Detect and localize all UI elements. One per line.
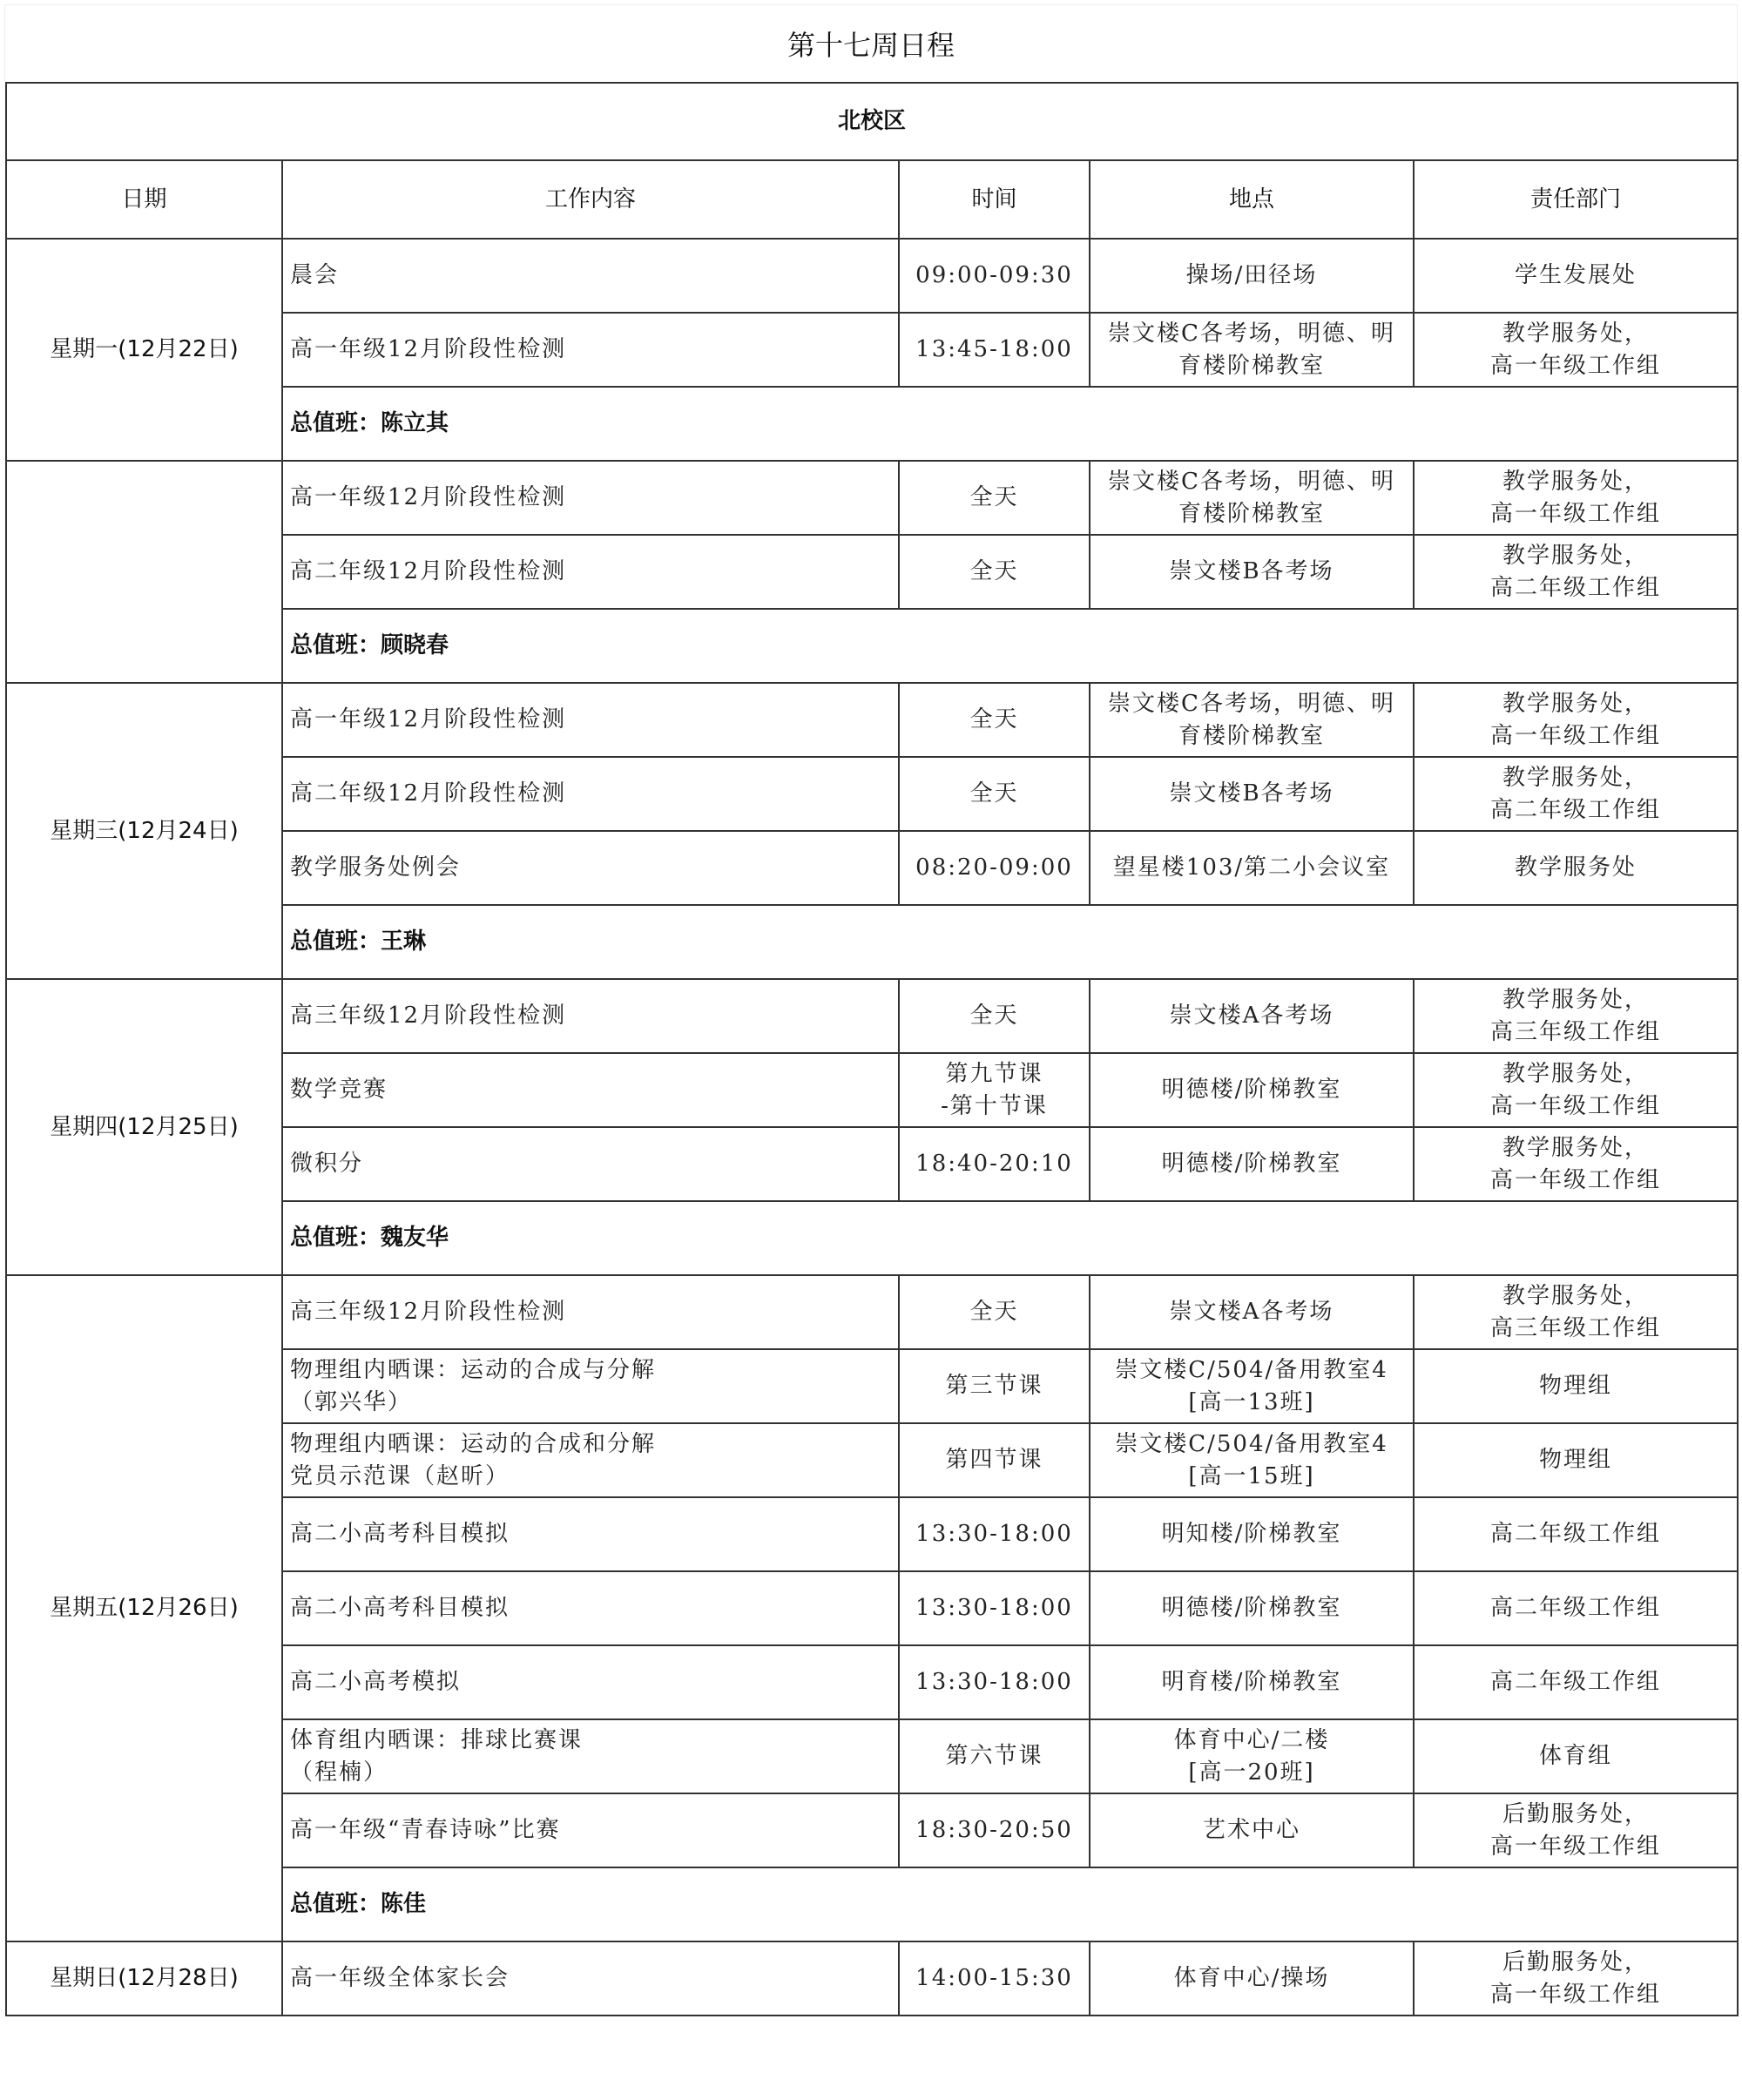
duty-officer: 总值班：王琳 xyxy=(282,905,1738,979)
event-department: 高二年级工作组 xyxy=(1414,1497,1738,1571)
event-content: 体育组内晒课：排球比赛课 （程楠） xyxy=(282,1719,899,1793)
event-time: 全天 xyxy=(899,757,1090,831)
duty-officer: 总值班：陈佳 xyxy=(282,1867,1738,1941)
event-content: 数学竞赛 xyxy=(282,1053,899,1127)
duty-officer: 总值班：魏友华 xyxy=(282,1201,1738,1275)
event-location: 明知楼/阶梯教室 xyxy=(1090,1497,1414,1571)
event-content: 物理组内晒课：运动的合成与分解 （郭兴华） xyxy=(282,1349,899,1423)
event-content: 高一年级12月阶段性检测 xyxy=(282,313,899,387)
event-time: 全天 xyxy=(899,979,1090,1053)
day-date-cell: 星期一(12月22日) xyxy=(6,239,282,461)
event-location: 崇文楼C/504/备用教室4 [高一15班] xyxy=(1090,1423,1414,1497)
event-content: 高二小高考科目模拟 xyxy=(282,1497,899,1571)
event-content: 微积分 xyxy=(282,1127,899,1201)
event-time: 全天 xyxy=(899,535,1090,609)
event-location: 崇文楼B各考场 xyxy=(1090,535,1414,609)
event-content: 教学服务处例会 xyxy=(282,831,899,905)
event-location: 崇文楼C各考场，明德、明 育楼阶梯教室 xyxy=(1090,683,1414,757)
duty-officer: 总值班：顾晓春 xyxy=(282,609,1738,683)
event-department: 后勤服务处， 高一年级工作组 xyxy=(1414,1941,1738,2016)
event-location: 明德楼/阶梯教室 xyxy=(1090,1571,1414,1645)
event-department: 学生发展处 xyxy=(1414,239,1738,313)
event-content: 高一年级“青春诗咏”比赛 xyxy=(282,1793,899,1867)
event-content: 高二年级12月阶段性检测 xyxy=(282,535,899,609)
event-time: 13:30-18:00 xyxy=(899,1645,1090,1719)
day-date-cell: 星期五(12月26日) xyxy=(6,1275,282,1941)
event-department: 教学服务处， 高一年级工作组 xyxy=(1414,1127,1738,1201)
event-department: 体育组 xyxy=(1414,1719,1738,1793)
event-content: 高二小高考模拟 xyxy=(282,1645,899,1719)
event-location: 明德楼/阶梯教室 xyxy=(1090,1053,1414,1127)
event-time: 08:20-09:00 xyxy=(899,831,1090,905)
event-department: 高二年级工作组 xyxy=(1414,1571,1738,1645)
event-content: 物理组内晒课：运动的合成和分解 党员示范课（赵昕） xyxy=(282,1423,899,1497)
event-location: 明育楼/阶梯教室 xyxy=(1090,1645,1414,1719)
day-date-cell xyxy=(6,461,282,683)
event-time: 18:40-20:10 xyxy=(899,1127,1090,1201)
event-department: 教学服务处， 高三年级工作组 xyxy=(1414,979,1738,1053)
day-date-cell: 星期四(12月25日) xyxy=(6,979,282,1275)
event-time: 第九节课 -第十节课 xyxy=(899,1053,1090,1127)
event-content: 高一年级12月阶段性检测 xyxy=(282,683,899,757)
event-location: 体育中心/操场 xyxy=(1090,1941,1414,2016)
header-content: 工作内容 xyxy=(282,160,899,239)
event-time: 全天 xyxy=(899,461,1090,535)
event-location: 崇文楼C各考场，明德、明 育楼阶梯教室 xyxy=(1090,313,1414,387)
event-location: 崇文楼B各考场 xyxy=(1090,757,1414,831)
event-content: 高一年级12月阶段性检测 xyxy=(282,461,899,535)
event-department: 教学服务处， 高一年级工作组 xyxy=(1414,1053,1738,1127)
duty-officer: 总值班：陈立其 xyxy=(282,387,1738,461)
event-content: 高三年级12月阶段性检测 xyxy=(282,1275,899,1349)
event-department: 后勤服务处， 高一年级工作组 xyxy=(1414,1793,1738,1867)
event-row: 星期一(12月22日)晨会09:00-09:30操场/田径场学生发展处 xyxy=(6,239,1738,313)
event-department: 高二年级工作组 xyxy=(1414,1645,1738,1719)
event-department: 物理组 xyxy=(1414,1349,1738,1423)
event-row: 星期五(12月26日)高三年级12月阶段性检测全天崇文楼A各考场教学服务处， 高… xyxy=(6,1275,1738,1349)
header-location: 地点 xyxy=(1090,160,1414,239)
event-time: 13:30-18:00 xyxy=(899,1497,1090,1571)
event-department: 教学服务处， 高一年级工作组 xyxy=(1414,461,1738,535)
event-department: 物理组 xyxy=(1414,1423,1738,1497)
page-title: 第十七周日程 xyxy=(4,4,1738,82)
event-department: 教学服务处， 高一年级工作组 xyxy=(1414,313,1738,387)
event-time: 全天 xyxy=(899,683,1090,757)
event-location: 望星楼103/第二小会议室 xyxy=(1090,831,1414,905)
event-time: 14:00-15:30 xyxy=(899,1941,1090,2016)
event-department: 教学服务处， 高二年级工作组 xyxy=(1414,757,1738,831)
header-row: 日期 工作内容 时间 地点 责任部门 xyxy=(6,160,1738,239)
event-location: 操场/田径场 xyxy=(1090,239,1414,313)
event-time: 18:30-20:50 xyxy=(899,1793,1090,1867)
event-time: 13:45-18:00 xyxy=(899,313,1090,387)
event-location: 崇文楼C/504/备用教室4 [高一13班] xyxy=(1090,1349,1414,1423)
event-location: 艺术中心 xyxy=(1090,1793,1414,1867)
event-location: 崇文楼C各考场，明德、明 育楼阶梯教室 xyxy=(1090,461,1414,535)
day-date-cell: 星期三(12月24日) xyxy=(6,683,282,979)
event-row: 星期三(12月24日)高一年级12月阶段性检测全天崇文楼C各考场，明德、明 育楼… xyxy=(6,683,1738,757)
event-content: 高二小高考科目模拟 xyxy=(282,1571,899,1645)
event-row: 星期日(12月28日)高一年级全体家长会14:00-15:30体育中心/操场后勤… xyxy=(6,1941,1738,2016)
event-time: 第四节课 xyxy=(899,1423,1090,1497)
event-time: 13:30-18:00 xyxy=(899,1571,1090,1645)
event-location: 明德楼/阶梯教室 xyxy=(1090,1127,1414,1201)
event-location: 崇文楼A各考场 xyxy=(1090,979,1414,1053)
event-department: 教学服务处， 高一年级工作组 xyxy=(1414,683,1738,757)
campus-row: 北校区 xyxy=(6,83,1738,160)
header-time: 时间 xyxy=(899,160,1090,239)
event-content: 高一年级全体家长会 xyxy=(282,1941,899,2016)
event-department: 教学服务处， 高三年级工作组 xyxy=(1414,1275,1738,1349)
event-time: 第六节课 xyxy=(899,1719,1090,1793)
event-department: 教学服务处 xyxy=(1414,831,1738,905)
campus-name: 北校区 xyxy=(6,83,1738,160)
event-location: 崇文楼A各考场 xyxy=(1090,1275,1414,1349)
event-time: 全天 xyxy=(899,1275,1090,1349)
event-location: 体育中心/二楼 [高一20班] xyxy=(1090,1719,1414,1793)
event-time: 第三节课 xyxy=(899,1349,1090,1423)
header-date: 日期 xyxy=(6,160,282,239)
event-row: 星期四(12月25日)高三年级12月阶段性检测全天崇文楼A各考场教学服务处， 高… xyxy=(6,979,1738,1053)
day-date-cell: 星期日(12月28日) xyxy=(6,1941,282,2016)
event-row: 高一年级12月阶段性检测全天崇文楼C各考场，明德、明 育楼阶梯教室教学服务处， … xyxy=(6,461,1738,535)
event-content: 高二年级12月阶段性检测 xyxy=(282,757,899,831)
event-content: 晨会 xyxy=(282,239,899,313)
header-department: 责任部门 xyxy=(1414,160,1738,239)
event-time: 09:00-09:30 xyxy=(899,239,1090,313)
event-content: 高三年级12月阶段性检测 xyxy=(282,979,899,1053)
schedule-table: 北校区 日期 工作内容 时间 地点 责任部门 星期一(12月22日)晨会09:0… xyxy=(5,82,1739,2016)
event-department: 教学服务处， 高二年级工作组 xyxy=(1414,535,1738,609)
